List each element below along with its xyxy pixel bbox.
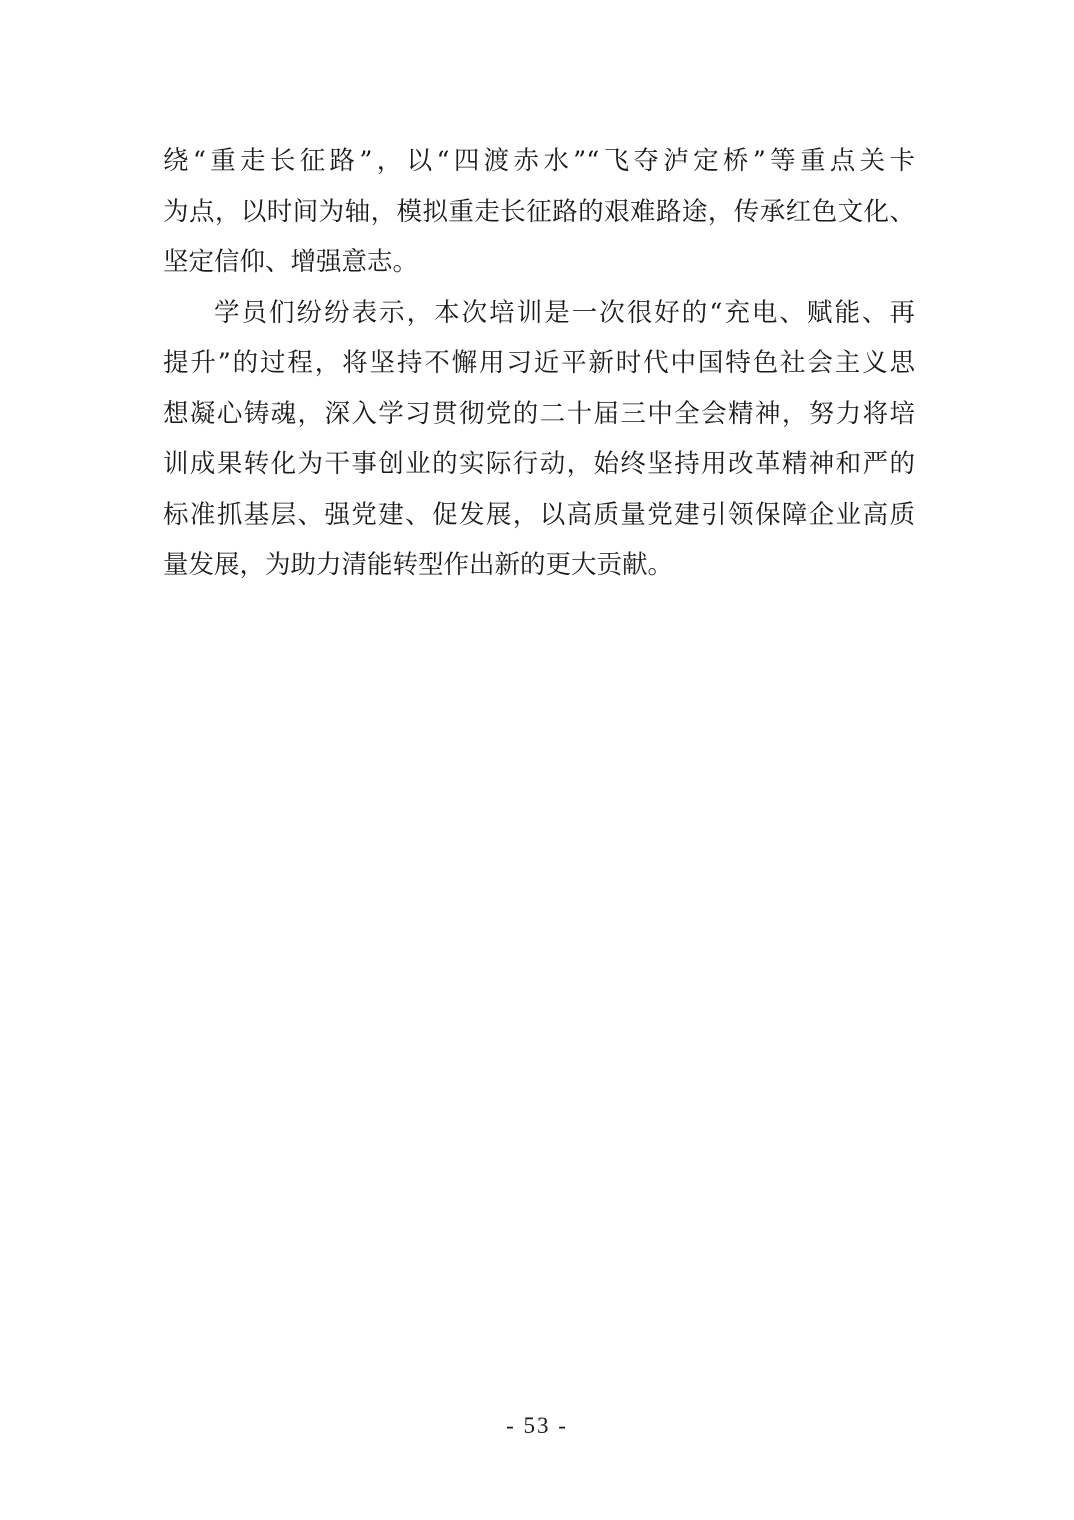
- paragraph-1: 绕“重走长征路”，以“四渡赤水”“飞夺泸定桥”等重点关卡 为点，以时间为轴，模拟…: [163, 136, 915, 288]
- text-line: 绕“重走长征路”，以“四渡赤水”“飞夺泸定桥”等重点关卡: [163, 136, 915, 187]
- text-line: 训成果转化为干事创业的实际行动，始终坚持用改革精神和严的: [163, 439, 915, 490]
- text-line: 提升”的过程，将坚持不懈用习近平新时代中国特色社会主义思: [163, 338, 915, 389]
- page-number: - 53 -: [0, 1413, 1074, 1439]
- text-line: 想凝心铸魂，深入学习贯彻党的二十届三中全会精神，努力将培: [163, 389, 915, 440]
- text-line: 坚定信仰、增强意志。: [163, 237, 915, 288]
- text-line: 标准抓基层、强党建、促发展，以高质量党建引领保障企业高质: [163, 490, 915, 541]
- paragraph-2: 学员们纷纷表示，本次培训是一次很好的“充电、赋能、再 提升”的过程，将坚持不懈用…: [163, 288, 915, 591]
- text-line: 学员们纷纷表示，本次培训是一次很好的“充电、赋能、再: [163, 288, 915, 339]
- text-line: 量发展，为助力清能转型作出新的更大贡献。: [163, 540, 915, 591]
- body-text: 绕“重走长征路”，以“四渡赤水”“飞夺泸定桥”等重点关卡 为点，以时间为轴，模拟…: [163, 136, 915, 591]
- document-page: 绕“重走长征路”，以“四渡赤水”“飞夺泸定桥”等重点关卡 为点，以时间为轴，模拟…: [0, 0, 1074, 1520]
- text-line: 为点，以时间为轴，模拟重走长征路的艰难路途，传承红色文化、: [163, 187, 915, 238]
